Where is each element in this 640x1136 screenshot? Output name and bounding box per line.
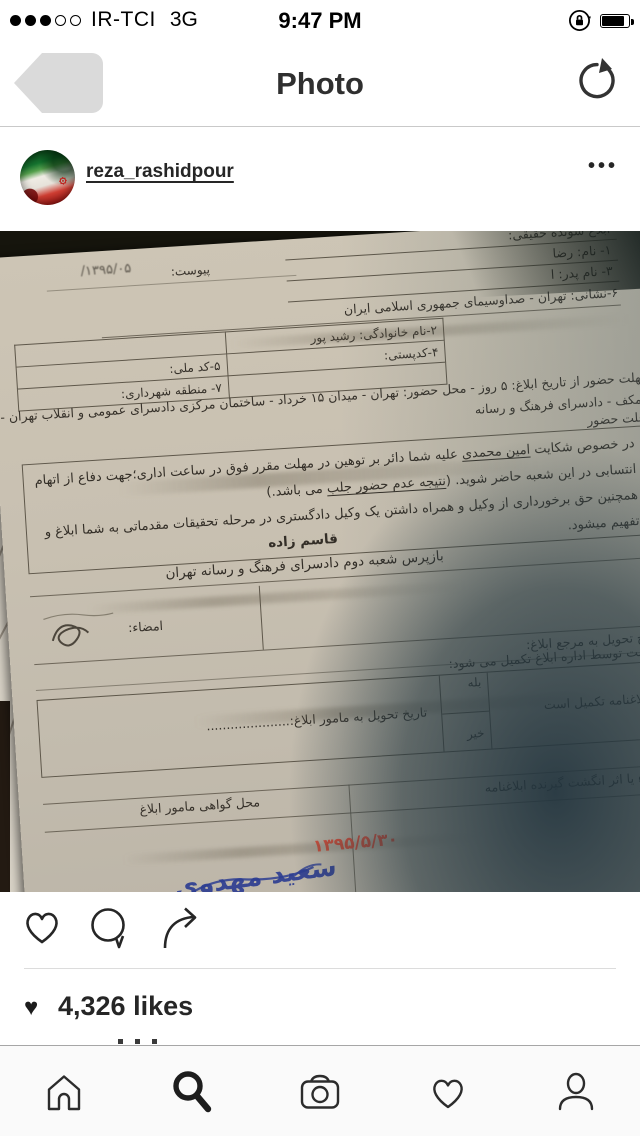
- doc-top-date: ۱۳۹۵/۰۵/: [80, 261, 132, 279]
- tab-search[interactable]: [164, 1064, 220, 1120]
- camera-icon: [296, 1069, 344, 1115]
- heart-outline-icon: [20, 904, 64, 948]
- share-arrow-icon: [156, 904, 204, 950]
- profile-icon: [553, 1069, 599, 1115]
- search-icon: [167, 1067, 217, 1117]
- comment-button[interactable]: [86, 904, 132, 950]
- tab-home[interactable]: [36, 1064, 92, 1120]
- post-photo-document[interactable]: ۱۳۹۵/۰۵/ پیوست: ابلاغ شونده حقیقی: ۱- نا…: [0, 231, 640, 892]
- likes-divider: [24, 968, 616, 969]
- likes-heart-icon: ♥: [24, 994, 38, 1022]
- photo-corner-shadow: [270, 412, 640, 892]
- doc-signature-label: امضاء:: [128, 618, 164, 635]
- stamp-scribble-icon: [39, 607, 122, 660]
- action-bar: [0, 892, 640, 968]
- like-button[interactable]: [20, 904, 64, 948]
- refresh-icon: [578, 57, 626, 111]
- tab-profile[interactable]: [548, 1064, 604, 1120]
- username-link[interactable]: reza_rashidpour: [86, 161, 234, 183]
- post-menu-button[interactable]: •••: [588, 155, 618, 178]
- likes-row[interactable]: ♥ 4,326 likes: [0, 986, 640, 1030]
- tab-bar: [0, 1045, 640, 1136]
- status-clock: 9:47 PM: [0, 8, 640, 34]
- caption-cutoff-fragment: [118, 1039, 157, 1044]
- avatar[interactable]: ۞: [20, 150, 75, 205]
- tab-activity[interactable]: [420, 1064, 476, 1120]
- comment-bubble-icon: [86, 904, 132, 950]
- iphone-screen: IR-TCI 3G 9:47 PM Photo: [0, 0, 640, 1136]
- heart-tab-icon: [425, 1069, 471, 1115]
- iran-flag-emblem-icon: ۞: [58, 172, 68, 188]
- likes-count: 4,326 likes: [58, 991, 193, 1022]
- post-header: ۞ reza_rashidpour •••: [0, 127, 640, 231]
- paper-edge-shadow: [0, 701, 10, 892]
- page-title: Photo: [0, 40, 640, 127]
- nav-bar: Photo: [0, 40, 640, 127]
- refresh-button[interactable]: [578, 57, 626, 111]
- tab-camera[interactable]: [292, 1064, 348, 1120]
- status-right: [568, 9, 630, 32]
- share-button[interactable]: [156, 904, 204, 950]
- status-bar: IR-TCI 3G 9:47 PM: [0, 0, 640, 40]
- battery-icon: [600, 14, 630, 28]
- home-icon: [41, 1069, 87, 1115]
- doc-attachment-label: پیوست:: [170, 262, 210, 278]
- orientation-lock-icon: [568, 9, 591, 32]
